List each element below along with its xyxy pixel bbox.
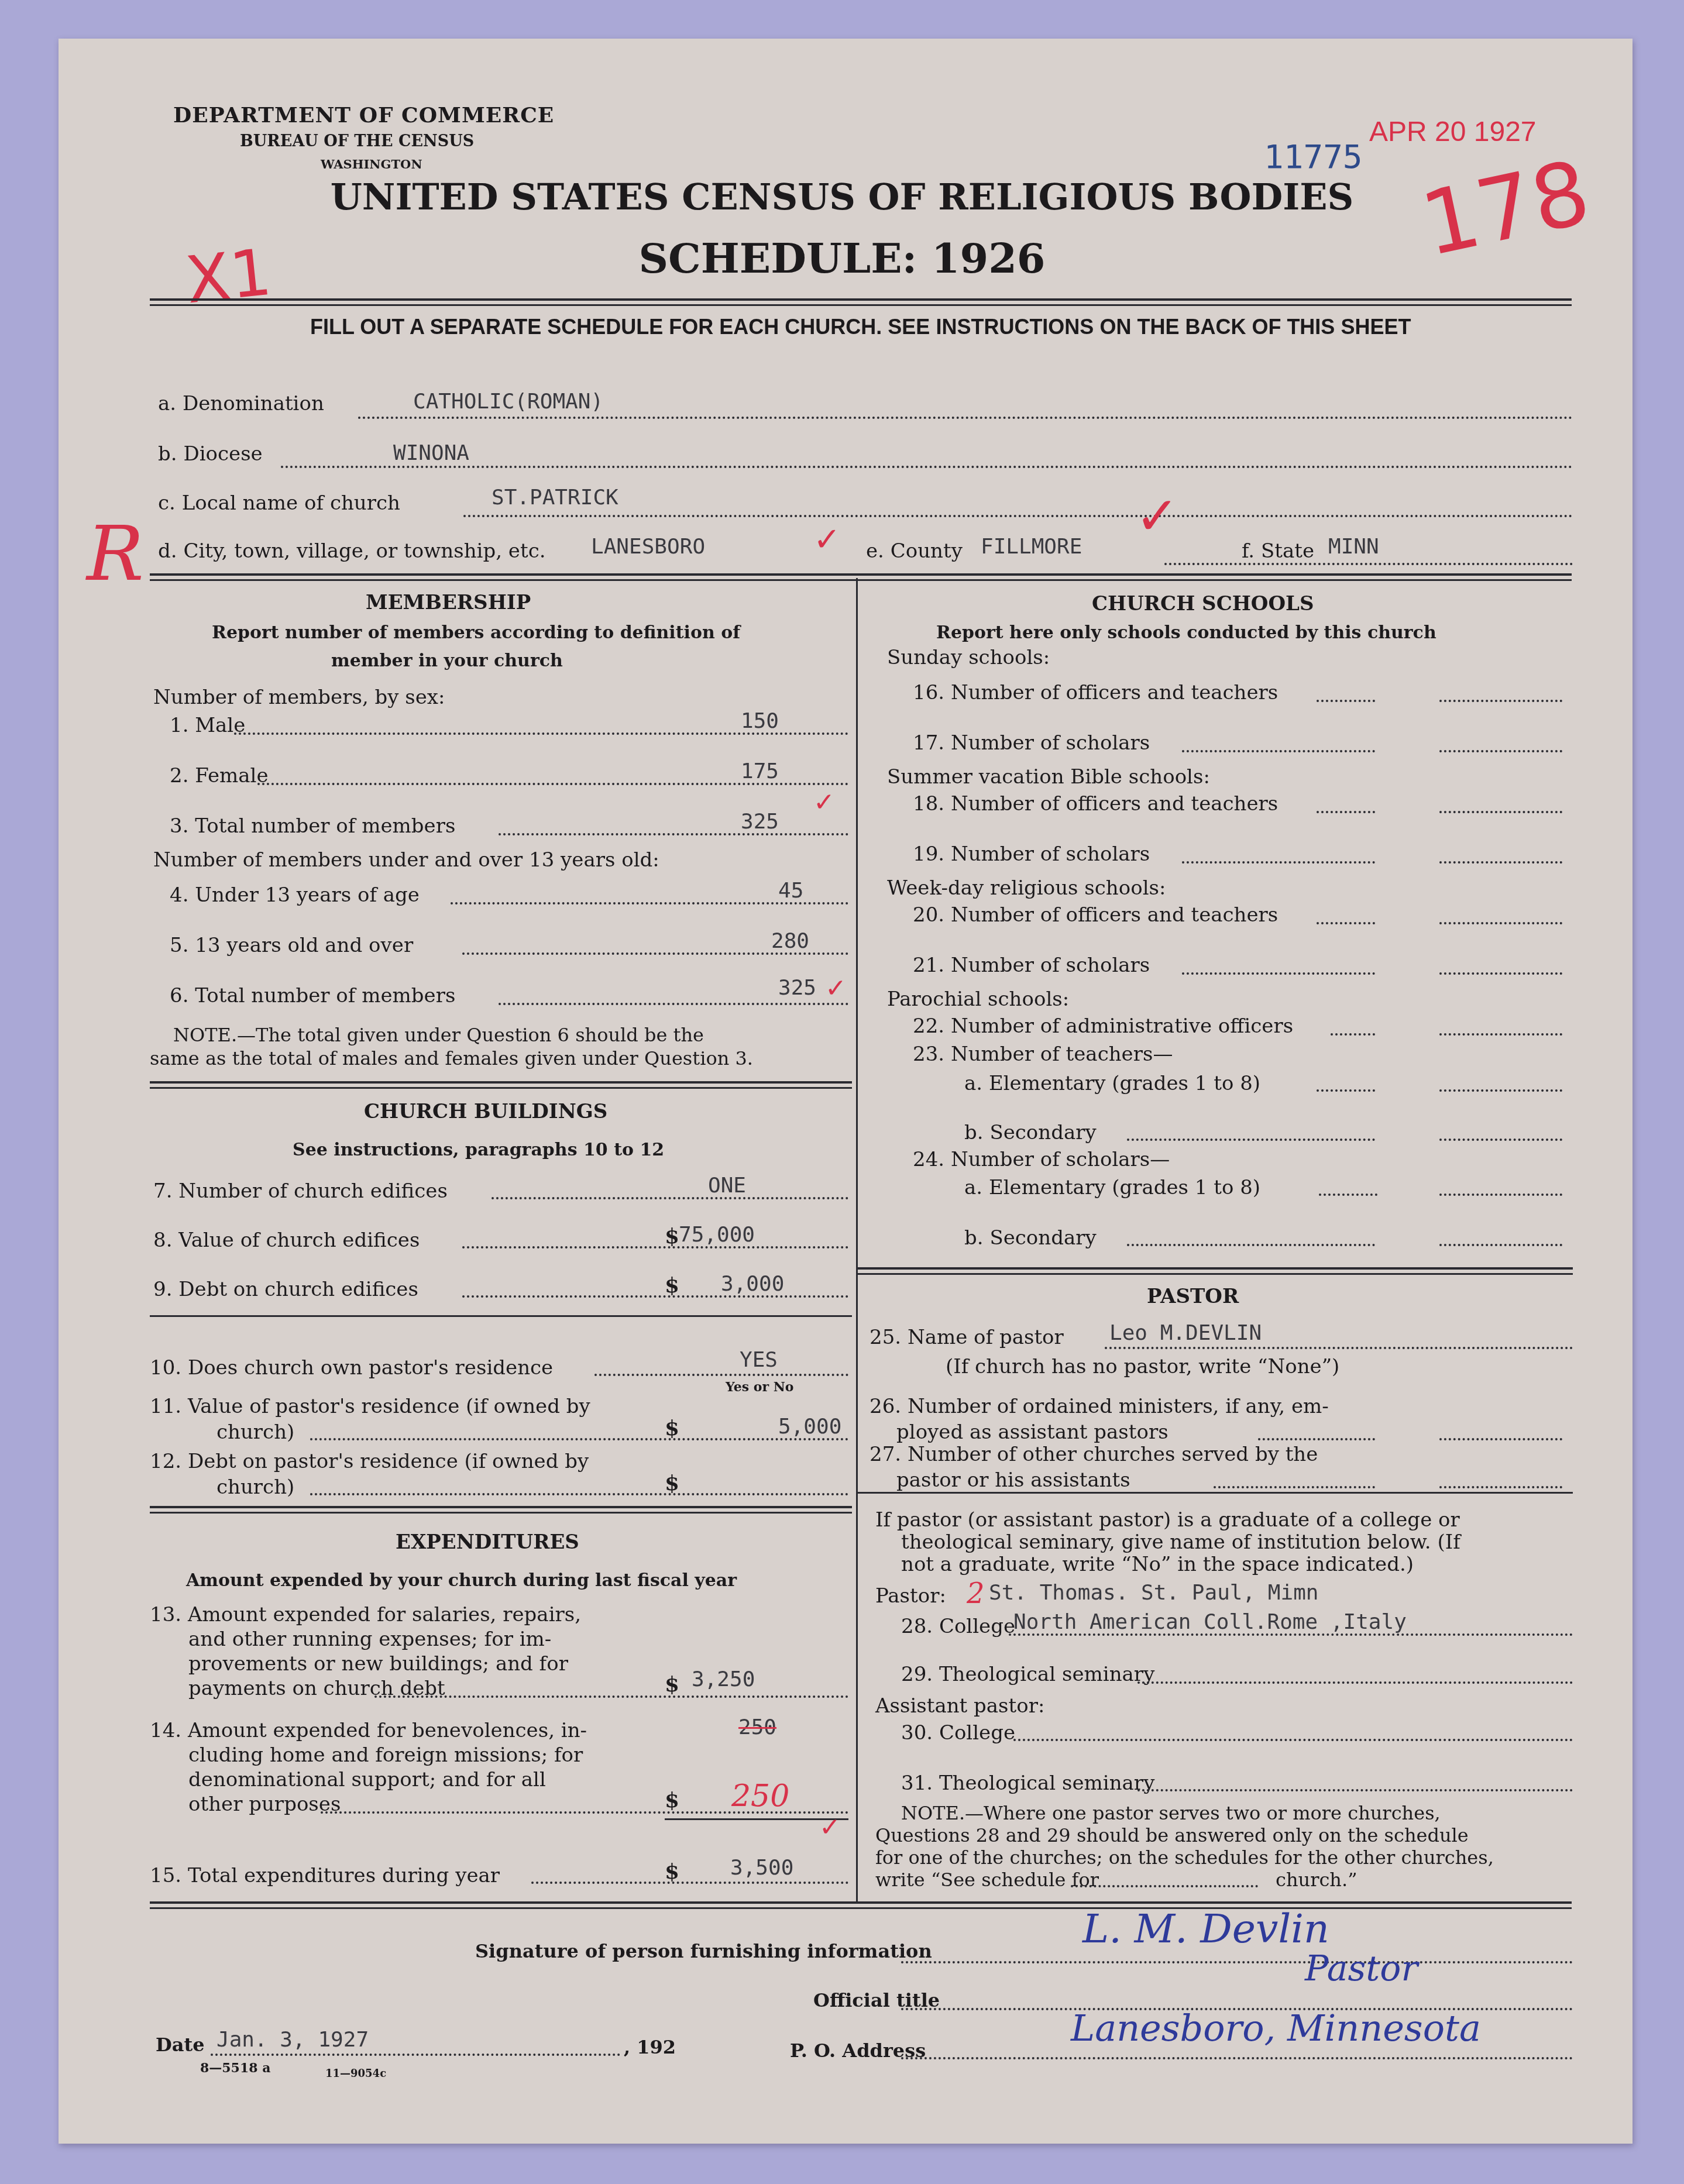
- q19-label: 19. Number of scholars: [913, 842, 1150, 866]
- q27-field[interactable]: [1439, 1486, 1562, 1488]
- check-mark: ✓: [819, 1812, 841, 1842]
- graduate-note-1: If pastor (or assistant pastor) is a gra…: [875, 1508, 1460, 1532]
- form-number: 8—5518 a: [200, 2061, 270, 2076]
- edifices-count-field[interactable]: ONE: [708, 1174, 746, 1198]
- exp-13-line-1: 13. Amount expended for salaries, repair…: [150, 1603, 581, 1626]
- q21-line-a: [1182, 972, 1375, 975]
- q27-label: 27. Number of other churches served by t…: [870, 1443, 1318, 1466]
- residence-debt-label-2: church): [216, 1476, 294, 1499]
- check-mark: ✓: [813, 787, 835, 817]
- edifices-value-line: [462, 1246, 848, 1249]
- pastor-note-4-end: church.”: [1276, 1869, 1357, 1891]
- page-title: UNITED STATES CENSUS OF RELIGIOUS BODIES: [0, 176, 1684, 218]
- pastor-note-3: for one of the churches; on the schedule…: [875, 1846, 1494, 1869]
- county-field[interactable]: FILLMORE: [981, 535, 1082, 559]
- state-label: f. State: [1242, 539, 1314, 563]
- q18-field[interactable]: [1439, 811, 1562, 813]
- header-divider: [150, 298, 1572, 301]
- pastor-graduate-field[interactable]: St. Thomas. St. Paul, Mimn: [989, 1581, 1319, 1605]
- date-label: Date: [156, 2034, 205, 2056]
- over-13-label: 5. 13 years old and over: [170, 934, 413, 957]
- fill-out-instruction: FILL OUT A SEPARATE SCHEDULE FOR EACH CH…: [310, 315, 1411, 339]
- q20-field[interactable]: [1439, 922, 1562, 924]
- under-13-field[interactable]: 45: [778, 879, 803, 903]
- q18-label: 18. Number of officers and teachers: [913, 792, 1278, 816]
- q21-label: 21. Number of scholars: [913, 954, 1150, 977]
- q22-label: 22. Number of administrative officers: [913, 1014, 1293, 1038]
- pastor-name-field[interactable]: Leo M.DEVLIN: [1109, 1321, 1262, 1345]
- exp-14-line-1: 14. Amount expended for benevolences, in…: [150, 1719, 587, 1742]
- red-annotation-2: 2: [967, 1577, 985, 1610]
- dollar-sign: $: [665, 1471, 679, 1495]
- dollar-sign: $: [665, 1224, 679, 1249]
- q24b-line-a: [1127, 1244, 1375, 1246]
- seminary-field[interactable]: [1137, 1681, 1573, 1684]
- date-suffix: , 192: [624, 2036, 676, 2058]
- q23-label: 23. Number of teachers—: [913, 1043, 1173, 1066]
- q22-field[interactable]: [1439, 1033, 1562, 1036]
- q29-label: 29. Theological seminary: [901, 1663, 1154, 1686]
- date-line: [211, 2054, 620, 2056]
- red-r-mark: R: [87, 509, 144, 598]
- sunday-schools-label: Sunday schools:: [887, 646, 1050, 669]
- membership-note: NOTE.—The total given under Question 6 s…: [173, 1024, 704, 1046]
- expenditures-subheading: Amount expended by your church during la…: [186, 1570, 737, 1591]
- q21-field[interactable]: [1439, 972, 1562, 975]
- bureau-label: BUREAU OF THE CENSUS: [240, 132, 474, 150]
- exp-13-line-3: provements or new buildings; and for: [188, 1652, 568, 1676]
- q24b-field[interactable]: [1439, 1244, 1562, 1246]
- q23a-field[interactable]: [1439, 1089, 1562, 1092]
- church-schools-heading: CHURCH SCHOOLS: [1092, 592, 1314, 615]
- q23b-label: b. Secondary: [964, 1121, 1097, 1144]
- salaries-expense-field[interactable]: 3,250: [692, 1667, 755, 1691]
- q31-label: 31. Theological seminary: [901, 1772, 1154, 1795]
- q26-line-a: [1258, 1438, 1375, 1440]
- po-address-field[interactable]: Lanesboro, Minnesota: [1071, 2007, 1481, 2049]
- signature-line: [901, 1961, 1573, 1963]
- diocese-line: [281, 466, 1573, 468]
- q18-line-a: [1317, 811, 1375, 813]
- denomination-field[interactable]: CATHOLIC(ROMAN): [413, 390, 603, 414]
- membership-divider: [150, 1081, 852, 1084]
- q16-line-a: [1317, 700, 1375, 702]
- struck-value: 250: [738, 1715, 776, 1739]
- residence-value-label: 11. Value of pastor's residence (if owne…: [150, 1395, 590, 1418]
- dollar-sign: $: [665, 1416, 679, 1440]
- owns-residence-field[interactable]: YES: [740, 1348, 778, 1372]
- q26-label: 26. Number of ordained ministers, if any…: [870, 1395, 1329, 1418]
- total-members-2-field[interactable]: 325: [778, 976, 816, 1000]
- by-age-label: Number of members under and over 13 year…: [153, 848, 659, 872]
- received-date-stamp: APR 20 1927: [1369, 116, 1537, 148]
- residence-value-label-2: church): [216, 1421, 294, 1444]
- total-members-field[interactable]: 325: [741, 810, 779, 834]
- dollar-sign: $: [665, 1273, 679, 1298]
- state-line: [1164, 563, 1573, 565]
- local-name-field[interactable]: ST.PATRICK: [492, 486, 618, 510]
- q23a-line-a: [1317, 1089, 1375, 1092]
- total-members-2-label: 6. Total number of members: [170, 984, 455, 1007]
- membership-subheading: Report number of members according to de…: [212, 622, 740, 643]
- yes-no-hint: Yes or No: [726, 1380, 794, 1395]
- q17-field[interactable]: [1439, 750, 1562, 752]
- total-members-line: [499, 833, 848, 835]
- pastor-note-4: write “See schedule for: [875, 1869, 1099, 1891]
- q16-label: 16. Number of officers and teachers: [913, 681, 1278, 704]
- city-label: WASHINGTON: [321, 157, 422, 171]
- denomination-label: a. Denomination: [158, 392, 324, 415]
- date-field[interactable]: Jan. 3, 1927: [216, 2028, 369, 2052]
- city-label-field: d. City, town, village, or township, etc…: [158, 539, 546, 563]
- assistant-pastor-label: Assistant pastor:: [875, 1694, 1044, 1718]
- owns-residence-line: [594, 1374, 848, 1376]
- membership-subheading-2: member in your church: [331, 651, 563, 671]
- membership-note-2: same as the total of males and females g…: [150, 1047, 753, 1069]
- schools-divider: [858, 1267, 1573, 1270]
- graduate-note-3: not a graduate, write “No” in the space …: [901, 1553, 1414, 1576]
- pastor-note-2: Questions 28 and 29 should be answered o…: [875, 1824, 1469, 1846]
- edifices-debt-field[interactable]: 3,000: [721, 1272, 784, 1296]
- pastor-note-1: NOTE.—Where one pastor serves two or mor…: [901, 1802, 1441, 1824]
- q20-line-a: [1317, 922, 1375, 924]
- owns-residence-label: 10. Does church own pastor's residence: [150, 1356, 553, 1380]
- q23a-label: a. Elementary (grades 1 to 8): [964, 1072, 1260, 1095]
- membership-heading: MEMBERSHIP: [366, 591, 531, 614]
- q24-label: 24. Number of scholars—: [913, 1148, 1170, 1171]
- pastor-name-label: 25. Name of pastor: [870, 1326, 1064, 1349]
- under-13-label: 4. Under 13 years of age: [170, 883, 420, 907]
- q30-label: 30. College: [901, 1721, 1015, 1745]
- exp-15-line: [531, 1882, 848, 1884]
- total-expenditure-field[interactable]: 3,500: [730, 1856, 793, 1880]
- signature-label: Signature of person furnishing informati…: [475, 1940, 932, 1962]
- female-label: 2. Female: [170, 764, 269, 787]
- see-schedule-field[interactable]: [1071, 1885, 1258, 1887]
- exp-15-label: 15. Total expenditures during year: [150, 1864, 500, 1887]
- edifices-debt-label: 9. Debt on church edifices: [153, 1278, 418, 1301]
- dollar-sign: $: [665, 1859, 679, 1884]
- q17-label: 17. Number of scholars: [913, 731, 1150, 755]
- q16-field[interactable]: [1439, 700, 1562, 702]
- print-number: 11—9054c: [325, 2068, 386, 2080]
- q20-label: 20. Number of officers and teachers: [913, 903, 1278, 927]
- buildings-bottom-divider: [150, 1506, 852, 1508]
- po-address-line: [901, 2057, 1573, 2059]
- residence-debt-line: [310, 1493, 848, 1495]
- official-title-field[interactable]: Pastor: [1305, 1948, 1418, 1989]
- check-mark: ✓: [1135, 486, 1179, 547]
- expenditures-heading: EXPENDITURES: [396, 1530, 579, 1554]
- assistant-seminary-field[interactable]: [1137, 1789, 1573, 1791]
- residence-value-line: [310, 1438, 848, 1440]
- q24a-field[interactable]: [1439, 1194, 1562, 1196]
- q22-line-a: [1331, 1033, 1375, 1036]
- graduate-note-2: theological seminary, give name of insti…: [901, 1530, 1460, 1554]
- exp-13-line: [374, 1695, 848, 1698]
- q19-field[interactable]: [1439, 861, 1562, 864]
- college-field[interactable]: North American Coll.Rome ,Italy: [1013, 1610, 1407, 1634]
- parochial-schools-label: Parochial schools:: [887, 988, 1069, 1011]
- local-name-label: c. Local name of church: [158, 491, 400, 515]
- local-name-line: [463, 515, 1573, 517]
- exp-13-line-2: and other running expenses; for im-: [188, 1628, 551, 1651]
- q24a-line-a: [1319, 1194, 1377, 1196]
- q27-line-a: [1214, 1486, 1375, 1488]
- q19-line-a: [1182, 861, 1375, 864]
- department-label: DEPARTMENT OF COMMERCE: [173, 103, 554, 128]
- exp-14-line-2: cluding home and foreign missions; for: [188, 1743, 583, 1767]
- q28-label: 28. College: [901, 1615, 1015, 1638]
- by-sex-label: Number of members, by sex:: [153, 686, 445, 709]
- serial-number-stamp: 11775: [1264, 138, 1363, 176]
- edifices-count-label: 7. Number of church edifices: [153, 1179, 448, 1203]
- over-13-field[interactable]: 280: [771, 929, 809, 953]
- benevolence-expense-field[interactable]: 250: [731, 1779, 789, 1814]
- pastor-heading: PASTOR: [1147, 1285, 1239, 1308]
- total-members-2-line: [499, 1003, 848, 1005]
- column-divider: [856, 578, 858, 1901]
- church-schools-subheading: Report here only schools conducted by th…: [936, 622, 1436, 643]
- total-members-label: 3. Total number of members: [170, 814, 455, 838]
- exp-14-line-4: other purposes: [188, 1793, 341, 1816]
- edifices-debt-line: [462, 1295, 848, 1298]
- county-label: e. County: [866, 539, 963, 563]
- q24b-label: b. Secondary: [964, 1226, 1097, 1250]
- city-field[interactable]: LANESBORO: [591, 535, 705, 559]
- exp-14-line-3: denominational support; and for all: [188, 1768, 546, 1791]
- edifices-value-field[interactable]: 75,000: [679, 1223, 755, 1247]
- pastor-graduate-label: Pastor:: [875, 1584, 946, 1608]
- assistant-college-field[interactable]: [1013, 1739, 1573, 1741]
- buildings-divider: [150, 1315, 852, 1317]
- check-mark: ✓: [813, 521, 841, 559]
- q26-field[interactable]: [1439, 1438, 1562, 1440]
- summer-schools-label: Summer vacation Bible schools:: [887, 765, 1210, 789]
- check-mark: ✓: [825, 974, 847, 1003]
- q17-line-a: [1182, 750, 1375, 752]
- pastor-name-line: [1105, 1347, 1573, 1349]
- schedule-year: SCHEDULE: 1926: [0, 234, 1684, 283]
- footer-divider: [150, 1901, 1572, 1904]
- church-buildings-subheading: See instructions, paragraphs 10 to 12: [293, 1140, 664, 1160]
- male-count-field[interactable]: 150: [741, 709, 779, 733]
- dollar-sign: $: [665, 1788, 679, 1812]
- q26-label-2: ployed as assistant pastors: [896, 1421, 1169, 1444]
- college-line: [1009, 1633, 1573, 1636]
- edifices-value-label: 8. Value of church edifices: [153, 1229, 420, 1252]
- church-buildings-heading: CHURCH BUILDINGS: [364, 1100, 607, 1123]
- q24a-label: a. Elementary (grades 1 to 8): [964, 1176, 1260, 1199]
- dollar-sign: $: [665, 1672, 679, 1697]
- residence-value-field[interactable]: 5,000: [778, 1415, 841, 1439]
- diocese-field[interactable]: WINONA: [393, 441, 469, 465]
- q27-label-2: pastor or his assistants: [896, 1468, 1130, 1492]
- pastor-name-hint: (If church has no pastor, write “None”): [946, 1355, 1339, 1378]
- signature-field[interactable]: L. M. Devlin: [1082, 1906, 1329, 1952]
- q23b-line-a: [1127, 1139, 1375, 1141]
- denomination-line: [358, 417, 1573, 419]
- state-field[interactable]: MINN: [1328, 535, 1379, 559]
- female-count-field[interactable]: 175: [741, 759, 779, 783]
- q23b-field[interactable]: [1439, 1139, 1562, 1141]
- weekday-schools-label: Week-day religious schools:: [887, 876, 1166, 900]
- pastor-divider: [858, 1492, 1573, 1494]
- edifices-count-line: [492, 1197, 848, 1199]
- identification-divider: [150, 573, 1572, 576]
- residence-debt-label: 12. Debt on pastor's residence (if owned…: [150, 1450, 589, 1473]
- diocese-label: b. Diocese: [158, 442, 263, 466]
